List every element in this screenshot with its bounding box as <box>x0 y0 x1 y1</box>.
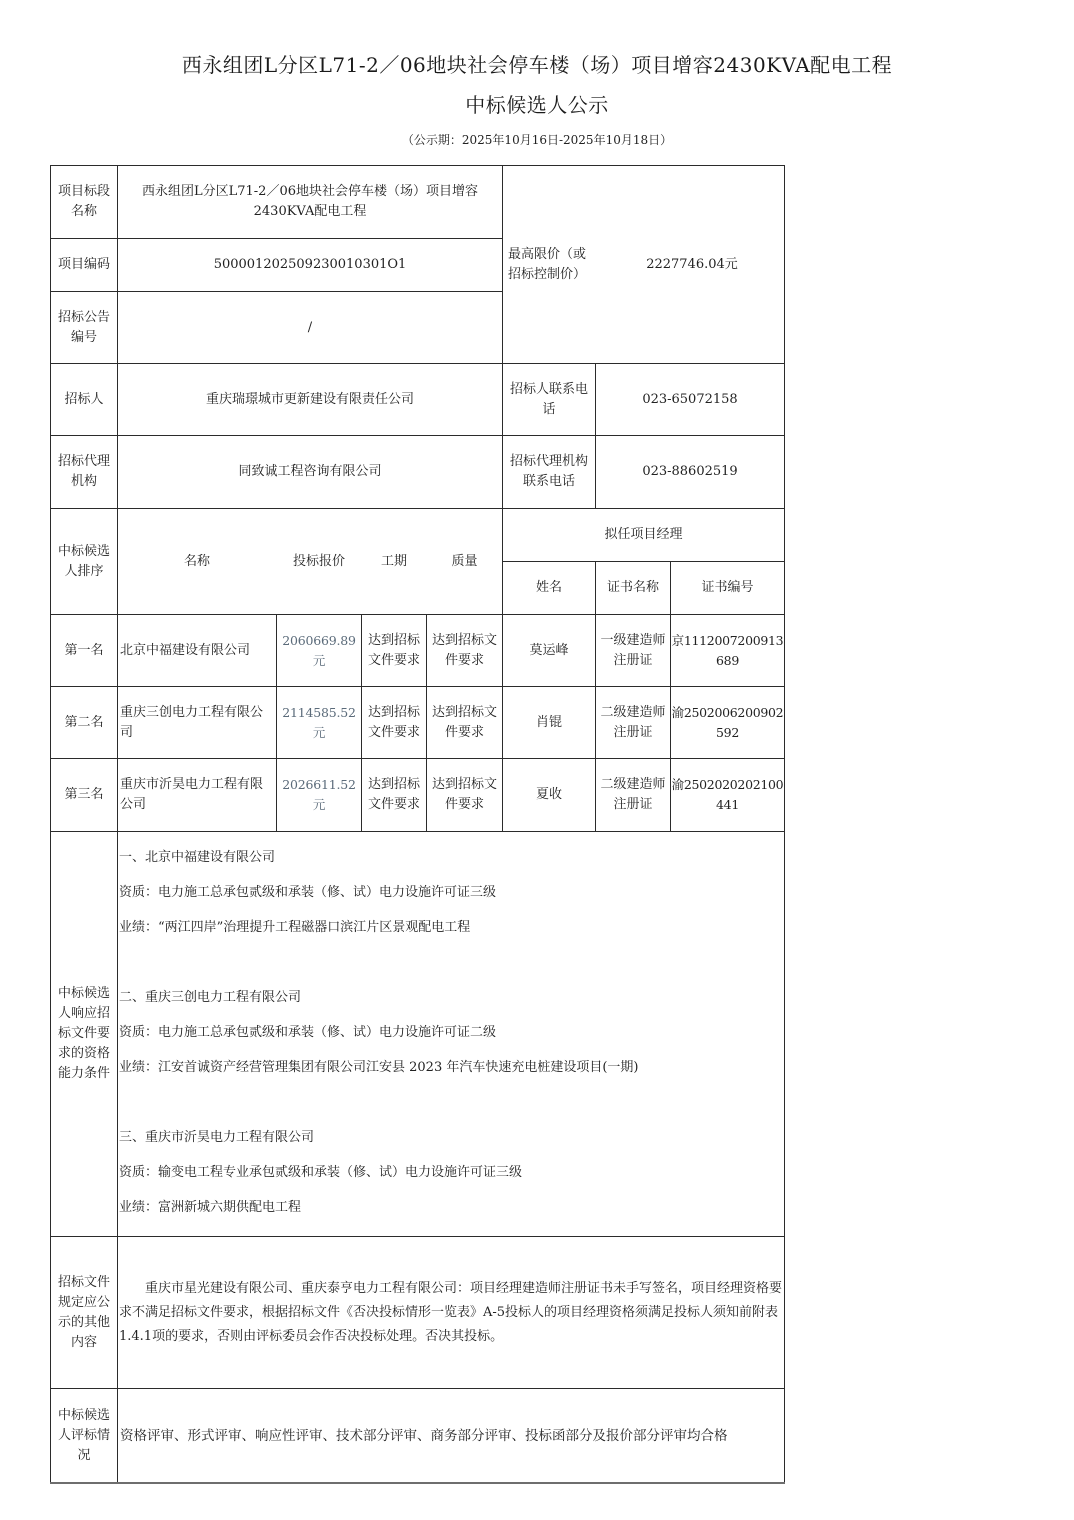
max-price-label: 最高限价（或招标控制价） <box>503 166 599 363</box>
header-bid-price: 投标报价 <box>277 509 361 614</box>
candidate-bid-price: 2026611.52元 <box>277 759 361 831</box>
candidate-rank: 第二名 <box>51 687 117 758</box>
agency-phone-value: 023-88602519 <box>596 436 784 508</box>
header-rank: 中标候选人排序 <box>51 509 117 614</box>
manager-cert-name: 二级建造师注册证 <box>596 759 670 831</box>
candidate-duration: 达到招标文件要求 <box>362 615 426 686</box>
qualification-cert: 资质：电力施工总承包贰级和承装（修、试）电力设施许可证三级 <box>119 883 779 918</box>
candidate-rank: 第一名 <box>51 615 117 686</box>
candidate-name: 重庆市沂昊电力工程有限公司 <box>118 759 276 831</box>
candidate-duration: 达到招标文件要求 <box>362 687 426 758</box>
max-price-value: 2227746.04元 <box>600 166 784 363</box>
tenderer-phone-value: 023-65072158 <box>596 364 784 435</box>
qualification-heading: 一、北京中福建设有限公司 <box>119 848 779 883</box>
qualification-heading: 二、重庆三创电力工程有限公司 <box>119 988 779 1023</box>
manager-name: 夏收 <box>503 759 595 831</box>
candidate-quality: 达到招标文件要求 <box>427 687 502 758</box>
header-duration: 工期 <box>362 509 426 614</box>
candidate-quality: 达到招标文件要求 <box>427 759 502 831</box>
notice-number-value: / <box>118 292 502 363</box>
manager-cert-no: 京1112007200913689 <box>671 615 784 686</box>
manager-cert-no: 渝2502020202100441 <box>671 759 784 831</box>
candidate-rank: 第三名 <box>51 759 117 831</box>
publicity-period: （公示期：2025年10月16日-2025年10月18日） <box>0 131 1074 148</box>
project-name-label: 项目标段名称 <box>51 166 117 238</box>
tenderer-value: 重庆瑞璟城市更新建设有限责任公司 <box>118 364 502 435</box>
qualifications-content: 一、北京中福建设有限公司 资质：电力施工总承包贰级和承装（修、试）电力设施许可证… <box>119 848 779 1233</box>
manager-cert-name: 一级建造师注册证 <box>596 615 670 686</box>
header-manager-group: 拟任项目经理 <box>503 509 784 561</box>
candidate-name: 北京中福建设有限公司 <box>118 615 276 686</box>
project-name-value: 西永组团L分区L71-2／06地块社会停车楼（场）项目增容2430KVA配电工程 <box>118 166 502 238</box>
qualification-cert: 资质：输变电工程专业承包贰级和承装（修、试）电力设施许可证三级 <box>119 1163 779 1198</box>
notice-number-label: 招标公告编号 <box>51 292 117 363</box>
project-code-label: 项目编码 <box>51 239 117 291</box>
project-code-value: 500001202509230010301O1 <box>118 239 502 291</box>
agency-label: 招标代理机构 <box>51 436 117 508</box>
header-quality: 质量 <box>427 509 502 614</box>
evaluation-label: 中标候选人评标情况 <box>51 1389 117 1482</box>
agency-value: 同致诚工程咨询有限公司 <box>118 436 502 508</box>
manager-name: 肖锟 <box>503 687 595 758</box>
evaluation-text: 资格评审、形式评审、响应性评审、技术部分评审、商务部分评审、投标函部分及报价部分… <box>118 1389 784 1482</box>
other-content-cell: 重庆市星光建设有限公司、重庆泰亨电力工程有限公司：项目经理建造师注册证书未手写签… <box>118 1237 784 1388</box>
manager-cert-name: 二级建造师注册证 <box>596 687 670 758</box>
candidate-bid-price: 2060669.89元 <box>277 615 361 686</box>
header-manager-name: 姓名 <box>503 562 595 614</box>
qualification-performance: 业绩：“两江四岸”治理提升工程磁器口滨江片区景观配电工程 <box>119 918 779 988</box>
qualifications-label: 中标候选人响应招标文件要求的资格能力条件 <box>51 832 117 1236</box>
other-content-label: 招标文件规定应公示的其他内容 <box>51 1237 117 1388</box>
document-title: 西永组团L分区L71-2／06地块社会停车楼（场）项目增容2430KVA配电工程 <box>0 49 1074 78</box>
header-cert-no: 证书编号 <box>671 562 784 614</box>
qualification-cert: 资质：电力施工总承包贰级和承装（修、试）电力设施许可证二级 <box>119 1023 779 1058</box>
manager-name: 莫运峰 <box>503 615 595 686</box>
header-name: 名称 <box>118 509 276 614</box>
tenderer-phone-label: 招标人联系电话 <box>503 364 595 435</box>
header-cert-name: 证书名称 <box>596 562 670 614</box>
tenderer-label: 招标人 <box>51 364 117 435</box>
agency-phone-label: 招标代理机构联系电话 <box>503 436 595 508</box>
manager-cert-no: 渝2502006200902592 <box>671 687 784 758</box>
candidate-name: 重庆三创电力工程有限公司 <box>118 687 276 758</box>
qualification-performance: 业绩：富洲新城六期供配电工程 <box>119 1198 779 1233</box>
qualification-heading: 三、重庆市沂昊电力工程有限公司 <box>119 1128 779 1163</box>
document-subtitle: 中标候选人公示 <box>0 89 1074 118</box>
candidate-duration: 达到招标文件要求 <box>362 759 426 831</box>
qualification-performance: 业绩：江安首诚资产经营管理集团有限公司江安县 2023 年汽车快速充电桩建设项目… <box>119 1058 779 1128</box>
other-content-text: 重庆市星光建设有限公司、重庆泰亨电力工程有限公司：项目经理建造师注册证书未手写签… <box>119 1277 783 1349</box>
candidate-quality: 达到招标文件要求 <box>427 615 502 686</box>
candidate-bid-price: 2114585.52元 <box>277 687 361 758</box>
